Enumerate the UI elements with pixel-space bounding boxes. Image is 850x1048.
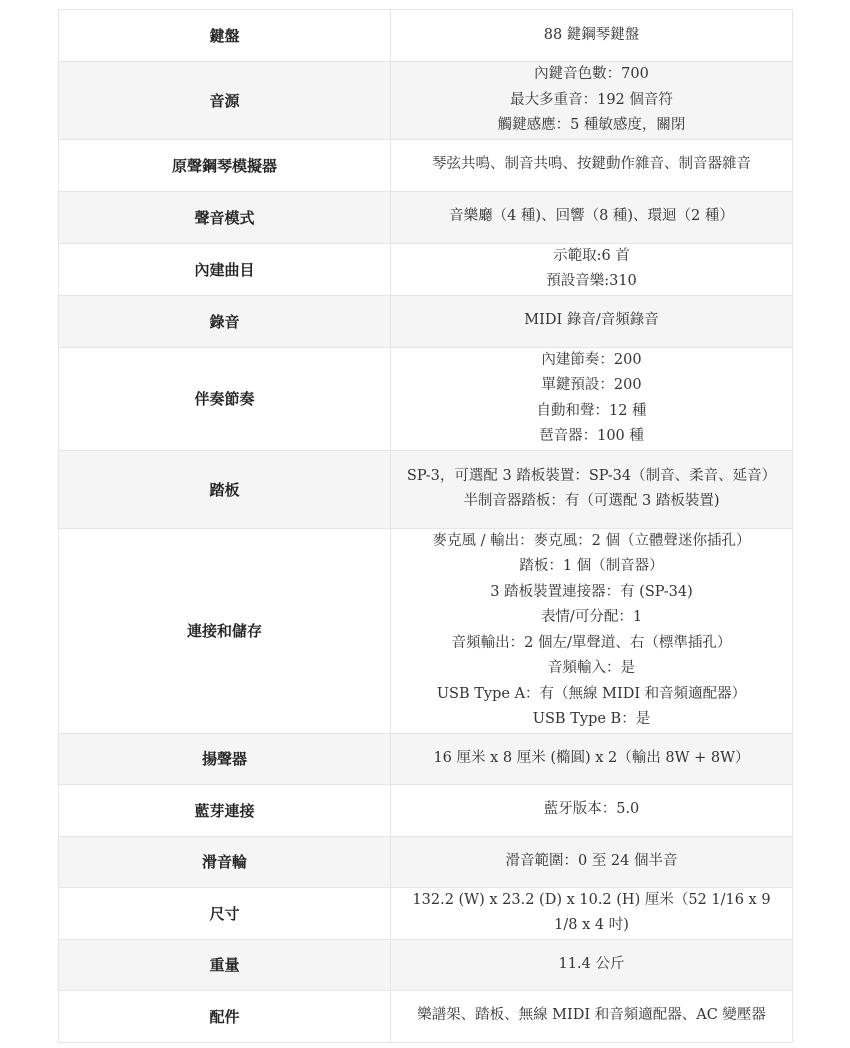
spec-value: 88 鍵鋼琴鍵盤 xyxy=(391,10,793,62)
spec-row: 尺寸 132.2 (W) x 23.2 (D) x 10.2 (H) 厘米（52… xyxy=(59,887,793,939)
spec-value: 內建節奏：200單鍵預設：200自動和聲：12 種琶音器：100 種 xyxy=(391,347,793,450)
spec-row: 鍵盤 88 鍵鋼琴鍵盤 xyxy=(59,10,793,62)
spec-value: 132.2 (W) x 23.2 (D) x 10.2 (H) 厘米（52 1/… xyxy=(391,887,793,939)
spec-label: 聲音模式 xyxy=(59,191,391,243)
spec-label: 滑音輪 xyxy=(59,836,391,887)
spec-row: 內建曲目 示範取:6 首預設音樂:310 xyxy=(59,243,793,295)
spec-value-line: 132.2 (W) x 23.2 (D) x 10.2 (H) 厘米（52 1/… xyxy=(399,888,784,939)
spec-value-line: 示範取:6 首 xyxy=(399,244,784,270)
spec-row: 錄音 MIDI 錄音/音頻錄音 xyxy=(59,295,793,347)
spec-row: 配件 樂譜架、踏板、無線 MIDI 和音頻適配器、AC 變壓器 xyxy=(59,990,793,1042)
spec-label: 伴奏節奏 xyxy=(59,347,391,450)
spec-label: 配件 xyxy=(59,990,391,1042)
spec-value: MIDI 錄音/音頻錄音 xyxy=(391,295,793,347)
spec-label: 內建曲目 xyxy=(59,243,391,295)
spec-row: 重量 11.4 公斤 xyxy=(59,939,793,990)
spec-value: 示範取:6 首預設音樂:310 xyxy=(391,243,793,295)
spec-value-line: 音樂廳（4 種)、回響（8 種)、環迴（2 種） xyxy=(399,204,784,230)
spec-label: 原聲鋼琴模擬器 xyxy=(59,139,391,191)
spec-value-line: 88 鍵鋼琴鍵盤 xyxy=(399,23,784,49)
spec-value-line: 11.4 公斤 xyxy=(399,952,784,978)
spec-label: 尺寸 xyxy=(59,887,391,939)
spec-label: 連接和儲存 xyxy=(59,528,391,733)
spec-value-line: 3 踏板裝置連接器：有 (SP-34) xyxy=(399,580,784,606)
spec-value-line: 樂譜架、踏板、無線 MIDI 和音頻適配器、AC 變壓器 xyxy=(399,1003,784,1029)
spec-value-line: 內建節奏：200 xyxy=(399,348,784,374)
spec-value: 滑音範圍：0 至 24 個半音 xyxy=(391,836,793,887)
spec-value-line: 自動和聲：12 種 xyxy=(399,399,784,425)
spec-row: 踏板 SP-3，可選配 3 踏板裝置：SP-34（制音、柔音、延音）半制音器踏板… xyxy=(59,450,793,528)
spec-value: 音樂廳（4 種)、回響（8 種)、環迴（2 種） xyxy=(391,191,793,243)
spec-value-line: 麥克風 / 輸出：麥克風：2 個（立體聲迷你插孔） xyxy=(399,529,784,555)
spec-value-line: 最大多重音：192 個音符 xyxy=(399,88,784,114)
spec-label: 踏板 xyxy=(59,450,391,528)
spec-row: 聲音模式 音樂廳（4 種)、回響（8 種)、環迴（2 種） xyxy=(59,191,793,243)
spec-value: 樂譜架、踏板、無線 MIDI 和音頻適配器、AC 變壓器 xyxy=(391,990,793,1042)
spec-table: 鍵盤 88 鍵鋼琴鍵盤 音源 內鍵音色數：700最大多重音：192 個音符觸鍵感… xyxy=(58,9,793,1043)
spec-value-line: 表情/可分配：1 xyxy=(399,605,784,631)
spec-value-line: 音頻輸出：2 個左/單聲道、右（標準插孔） xyxy=(399,631,784,657)
spec-value-line: 觸鍵感應：5 種敏感度，關閉 xyxy=(399,113,784,139)
spec-row: 滑音輪 滑音範圍：0 至 24 個半音 xyxy=(59,836,793,887)
spec-value-line: USB Type B：是 xyxy=(399,707,784,733)
spec-value-line: MIDI 錄音/音頻錄音 xyxy=(399,308,784,334)
spec-value-line: 單鍵預設：200 xyxy=(399,373,784,399)
spec-row: 音源 內鍵音色數：700最大多重音：192 個音符觸鍵感應：5 種敏感度，關閉 xyxy=(59,62,793,140)
spec-row: 藍芽連接 藍牙版本：5.0 xyxy=(59,784,793,836)
spec-row: 伴奏節奏 內建節奏：200單鍵預設：200自動和聲：12 種琶音器：100 種 xyxy=(59,347,793,450)
spec-label: 鍵盤 xyxy=(59,10,391,62)
spec-value: 16 厘米 x 8 厘米 (橢圓) x 2（輸出 8W + 8W） xyxy=(391,733,793,784)
spec-value-line: 預設音樂:310 xyxy=(399,269,784,295)
spec-value-line: 踏板：1 個（制音器） xyxy=(399,554,784,580)
spec-value-line: 半制音器踏板：有（可選配 3 踏板裝置) xyxy=(399,489,784,515)
spec-value-line: 琴弦共鳴、制音共鳴、按鍵動作雜音、制音器雜音 xyxy=(399,152,784,178)
spec-value: 內鍵音色數：700最大多重音：192 個音符觸鍵感應：5 種敏感度，關閉 xyxy=(391,62,793,140)
spec-value-line: 內鍵音色數：700 xyxy=(399,62,784,88)
spec-value-line: 藍牙版本：5.0 xyxy=(399,797,784,823)
spec-label: 揚聲器 xyxy=(59,733,391,784)
spec-value: 藍牙版本：5.0 xyxy=(391,784,793,836)
spec-value: 11.4 公斤 xyxy=(391,939,793,990)
spec-value: SP-3，可選配 3 踏板裝置：SP-34（制音、柔音、延音）半制音器踏板：有（… xyxy=(391,450,793,528)
spec-value-line: 琶音器：100 種 xyxy=(399,424,784,450)
spec-label: 錄音 xyxy=(59,295,391,347)
spec-value-line: SP-3，可選配 3 踏板裝置：SP-34（制音、柔音、延音） xyxy=(399,464,784,490)
spec-label: 音源 xyxy=(59,62,391,140)
spec-value: 琴弦共鳴、制音共鳴、按鍵動作雜音、制音器雜音 xyxy=(391,139,793,191)
spec-value-line: 16 厘米 x 8 厘米 (橢圓) x 2（輸出 8W + 8W） xyxy=(399,746,784,772)
spec-table-body: 鍵盤 88 鍵鋼琴鍵盤 音源 內鍵音色數：700最大多重音：192 個音符觸鍵感… xyxy=(59,10,793,1043)
spec-value-line: 滑音範圍：0 至 24 個半音 xyxy=(399,849,784,875)
spec-value: 麥克風 / 輸出：麥克風：2 個（立體聲迷你插孔）踏板：1 個（制音器）3 踏板… xyxy=(391,528,793,733)
spec-row: 連接和儲存 麥克風 / 輸出：麥克風：2 個（立體聲迷你插孔）踏板：1 個（制音… xyxy=(59,528,793,733)
spec-label: 重量 xyxy=(59,939,391,990)
spec-value-line: USB Type A：有（無線 MIDI 和音頻適配器） xyxy=(399,682,784,708)
spec-label: 藍芽連接 xyxy=(59,784,391,836)
spec-value-line: 音頻輸入：是 xyxy=(399,656,784,682)
spec-row: 揚聲器 16 厘米 x 8 厘米 (橢圓) x 2（輸出 8W + 8W） xyxy=(59,733,793,784)
spec-row: 原聲鋼琴模擬器 琴弦共鳴、制音共鳴、按鍵動作雜音、制音器雜音 xyxy=(59,139,793,191)
